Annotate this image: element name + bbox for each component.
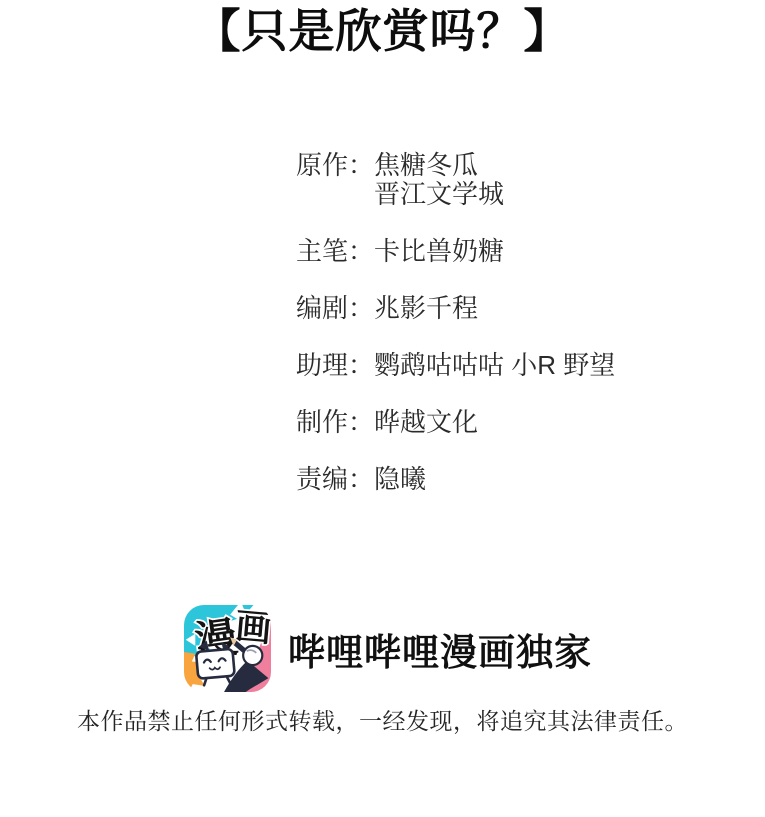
credit-role-label: 责编： <box>296 465 374 494</box>
credit-names-value: 焦糖冬瓜 晋江文学城 <box>374 151 504 209</box>
disclaimer-text: 本作品禁止任何形式转载，一经发现，将追究其法律责任。 <box>0 703 765 736</box>
credit-names-value: 晔越文化 <box>374 408 478 437</box>
icon-hua-character: 画 <box>234 605 271 649</box>
credit-row-editor: 责编： 隐曦 <box>296 465 615 494</box>
credit-role-label: 编剧： <box>296 294 374 323</box>
exclusive-label: 哔哩哔哩漫画独家 <box>288 622 592 676</box>
bilibili-manga-logo-icon: 漫 画 <box>184 605 271 692</box>
publisher-banner: 漫 画 哔哩哔哩漫画独家 <box>184 605 592 692</box>
credits-list: 原作： 焦糖冬瓜 晋江文学城 主笔： 卡比兽奶糖 编剧： 兆影千程 助理： 鹦鹉… <box>296 151 615 522</box>
credit-row-production: 制作： 晔越文化 <box>296 408 615 437</box>
credit-names-value: 鹦鹉咕咕咕 小R 野望 <box>374 351 615 380</box>
credit-row-lead-artist: 主笔： 卡比兽奶糖 <box>296 237 615 266</box>
credit-names-value: 兆影千程 <box>374 294 478 323</box>
glove-icon <box>243 646 262 665</box>
credit-row-screenwriter: 编剧： 兆影千程 <box>296 294 615 323</box>
page-title: 【只是欣赏吗？】 <box>0 2 765 62</box>
credit-role-label: 助理： <box>296 351 374 380</box>
credits-page: 【只是欣赏吗？】 原作： 焦糖冬瓜 晋江文学城 主笔： 卡比兽奶糖 编剧： 兆影… <box>0 0 765 817</box>
credit-role-label: 制作： <box>296 408 374 437</box>
credit-row-original-work: 原作： 焦糖冬瓜 晋江文学城 <box>296 151 615 209</box>
credit-row-assistants: 助理： 鹦鹉咕咕咕 小R 野望 <box>296 351 615 380</box>
credit-names-value: 隐曦 <box>374 465 426 494</box>
credit-names-value: 卡比兽奶糖 <box>374 237 504 266</box>
credit-role-label: 原作： <box>296 151 374 209</box>
credit-role-label: 主笔： <box>296 237 374 266</box>
